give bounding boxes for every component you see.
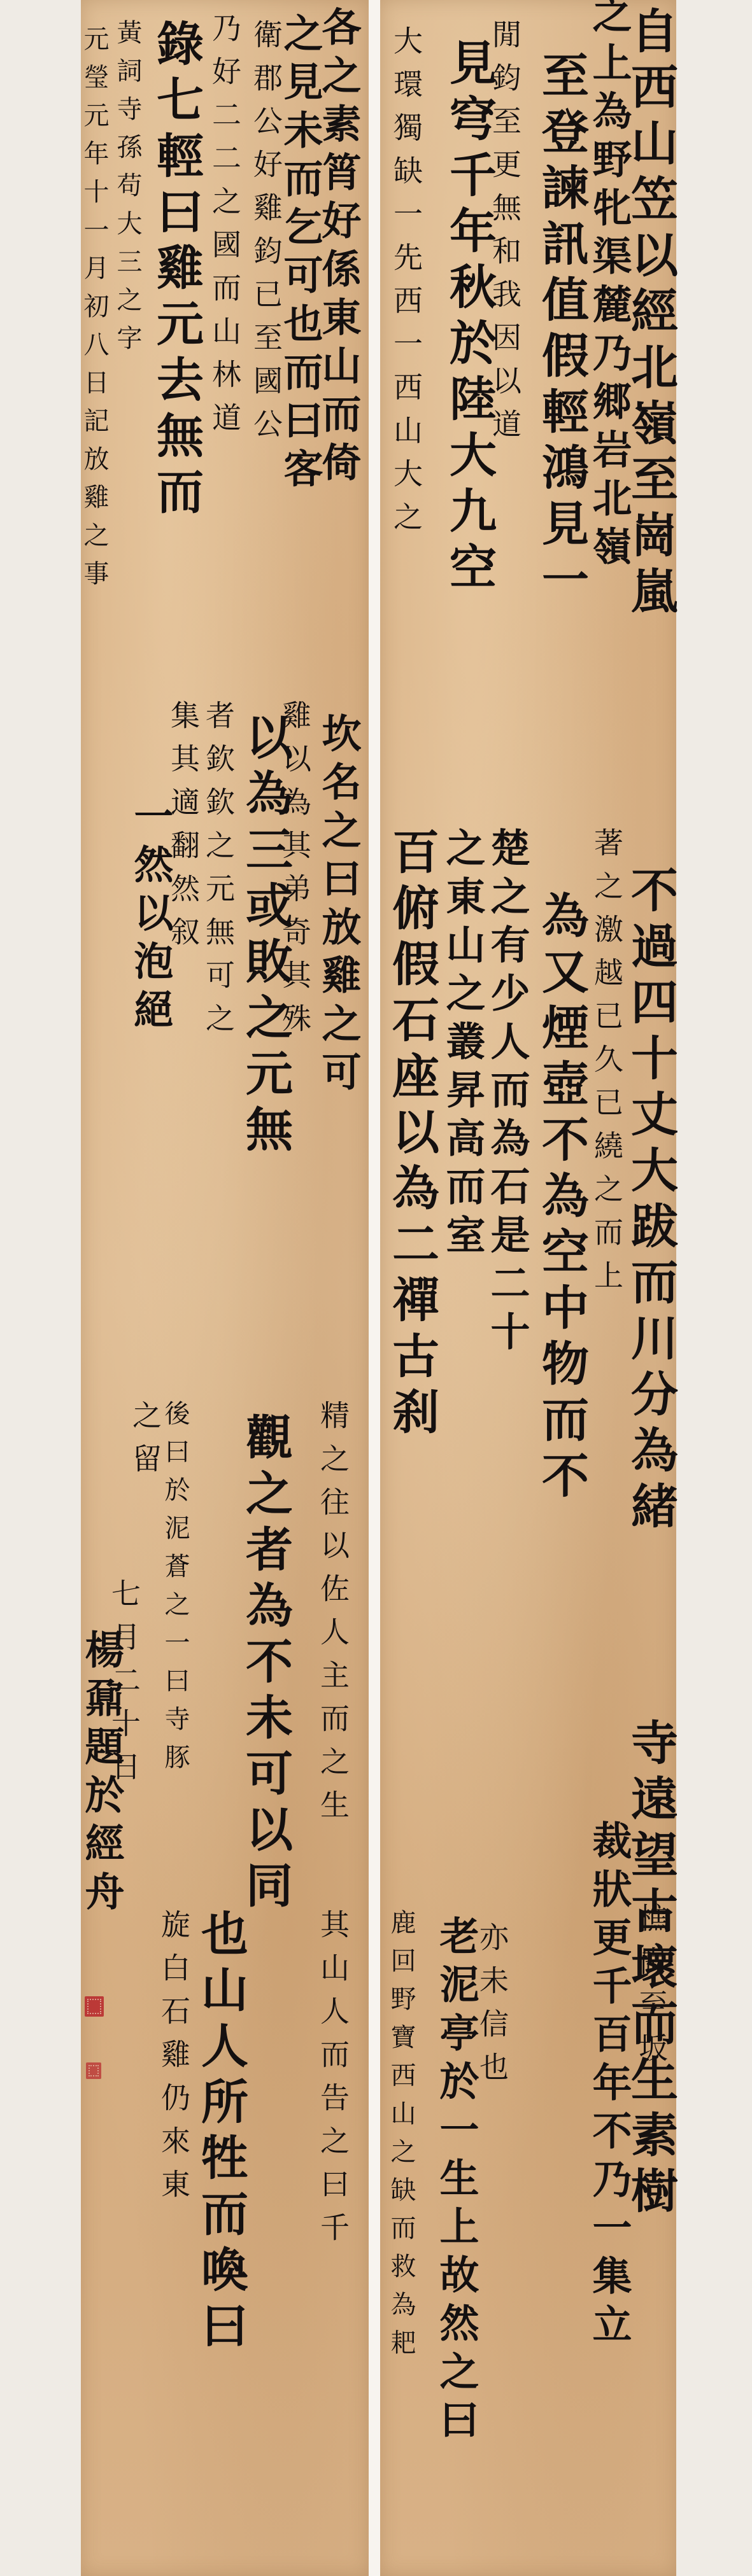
left-col-1: 各之素筲好係東山而倚	[318, 6, 358, 490]
left-col-1-bottom: 其山人而告之曰千	[318, 1909, 348, 2255]
left-col-6-mid: 一然以泡絕	[131, 795, 170, 1037]
right-col-2: 之上為野牝渠麓乃郷岩北嶺	[589, 0, 628, 574]
left-col-1-mid: 坎名之曰放雞之可	[318, 713, 358, 1100]
left-col-1-lower: 精之往以佐人主而之生	[318, 1400, 348, 1833]
left-col-3: 衛郡公好雞鈞已至國公	[252, 19, 281, 452]
left-col-4: 乃好二二之國而山林道	[210, 13, 239, 445]
right-col-0-bottom: 樵崗至坂	[637, 1903, 666, 2076]
artist-seal-icon	[85, 1996, 104, 2017]
panel-gap	[369, 0, 380, 2576]
right-col-4-lower: 楚之有少人而為石是二十	[487, 827, 527, 1359]
right-col-2-bottom: 裁狀更千百年不乃一集立	[589, 1820, 628, 2352]
right-col-1: 自西山笠以經北嶺至崗嵐	[627, 6, 674, 622]
left-col-5-bottom: 旋白石雞仍來東	[159, 1909, 188, 2212]
right-col-5: 見穹千年秋於陸大九空	[446, 38, 493, 598]
right-col-3-lower: 為又煙壺不為空中物而不	[538, 891, 585, 1507]
right-col-6-bottom: 鹿回野寶西山之缺而救為耙	[388, 1909, 414, 2367]
right-col-2-lower: 著之激越已久已繞之而上	[592, 827, 621, 1303]
left-col-5-lower: 後曰於泥蒼之一曰寺豚	[162, 1400, 188, 1782]
left-col-4-mid: 者欽欽之元無可之	[204, 700, 233, 1046]
right-col-6: 大環獨缺一先西一西山大之	[392, 25, 421, 545]
right-col-5-bottom: 老泥亭於一生上故然之曰	[436, 1915, 476, 2447]
signature-name: 楊鼐題於經舟	[82, 1629, 121, 1919]
left-col-5: 錄七輕曰雞元去無而	[153, 19, 200, 523]
left-col-6-end: 之留	[131, 1400, 160, 1487]
right-col-4-bottom: 亦未信也	[478, 1922, 507, 2095]
right-col-6-lower: 百俯假石座以為二禪古刹	[388, 827, 436, 1443]
right-col-5-lower: 之東山之叢昇高而室	[443, 827, 482, 1263]
left-col-3-mid: 以為三或敗之元無	[242, 713, 289, 1161]
left-col-3-bottom: 也山人所牲而喚曰	[197, 1909, 245, 2357]
right-col-1-lower: 不過四十丈大跋而川分為緒	[627, 865, 674, 1537]
left-col-6: 黃詞寺孫苟大三之字	[115, 19, 140, 363]
left-col-date: 元瑩元年十一月初八日記放雞之事	[82, 25, 107, 598]
left-col-2: 之見未而乞可也而曰客	[280, 13, 320, 496]
left-col-3-lower: 觀之者為不未可以同	[242, 1413, 289, 1917]
secondary-seal-icon	[86, 2062, 101, 2079]
right-col-3: 至登諫訊值假輕鴻見一	[538, 51, 585, 611]
